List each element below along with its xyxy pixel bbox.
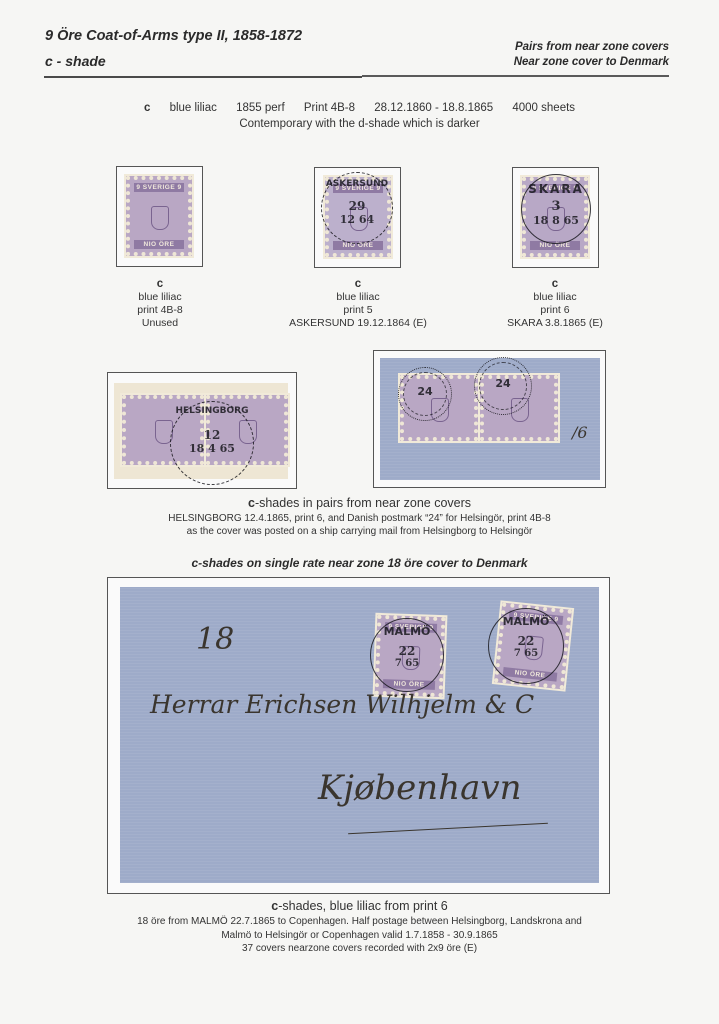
postmark-day: 22: [489, 634, 563, 648]
caption-single-2: c blue liliac print 5 ASKERSUND 19.12.18…: [282, 278, 434, 330]
caption-single-1: c blue liliac print 4B-8 Unused: [100, 278, 220, 330]
postmark-malmo-left: MALMÖ 22 7 65: [370, 618, 444, 692]
postmark-date: 18 8 65: [522, 214, 590, 227]
header-rule-right: [362, 75, 669, 77]
cover-caption: c-shades, blue liliac from print 6 18 ör…: [0, 898, 719, 956]
caption-color: blue liliac: [480, 291, 630, 304]
section-label-cover: Near zone cover to Denmark: [514, 55, 669, 70]
spec-shade: c: [144, 102, 150, 114]
spec-sheets: 4000 sheets: [512, 102, 575, 114]
stamp-top-label: 9 SVERIGE 9: [134, 183, 184, 192]
caption-single-3: c blue liliac print 6 SKARA 3.8.1865 (E): [480, 278, 630, 330]
postmark-date: 18 4 65: [171, 442, 253, 455]
caption-print: print 4B-8: [100, 304, 220, 317]
address-line-2: Kjøbenhavn: [318, 768, 521, 808]
numeral-postmark-right: 24: [474, 357, 532, 415]
caption-print: print 5: [282, 304, 434, 317]
pairs-caption-title: -shades in pairs from near zone covers: [255, 496, 471, 510]
cover-caption-line-1: 18 öre from MALMÖ 22.7.1865 to Copenhage…: [0, 915, 719, 929]
postmark-helsingborg: HELSINGBORG 12 18 4 65: [170, 401, 254, 485]
spec-perf: 1855 perf: [236, 102, 285, 114]
header-rule-left: [44, 76, 362, 78]
coat-of-arms-icon: [151, 206, 169, 230]
postmark-town: ASKERSUND: [322, 179, 392, 189]
numeral-postmark-left: 24: [398, 367, 452, 421]
postmark-day: 22: [371, 644, 443, 658]
postmark-date: 12 64: [322, 213, 392, 226]
page-header-left: 9 Öre Coat-of-Arms type II, 1858-1872 c …: [45, 28, 302, 69]
stamp-frame-askersund[interactable]: 9 SVERIGE 9 NIO ÖRE ASKERSUND 29 12 64: [314, 167, 401, 268]
manuscript-marking: /6: [572, 423, 588, 442]
page-subtitle: c - shade: [45, 53, 302, 69]
postmark-town: MALMÖ: [489, 615, 563, 628]
pairs-caption-shade: c: [248, 496, 255, 510]
caption-note: Unused: [100, 317, 220, 330]
pairs-caption: c-shades in pairs from near zone covers …: [0, 495, 719, 538]
cover-heading: c-shades on single rate near zone 18 öre…: [0, 556, 719, 570]
spec-note: Contemporary with the d-shade which is d…: [0, 116, 719, 132]
pairs-caption-line-2: as the cover was posted on a ship carryi…: [0, 525, 719, 538]
postmark-day: 12: [171, 428, 253, 442]
address-line-1: Herrar Erichsen Wilhjelm & C: [150, 690, 534, 719]
cover-caption-line-3: 37 covers nearzone covers recorded with …: [0, 942, 719, 956]
page-title: 9 Öre Coat-of-Arms type II, 1858-1872: [45, 28, 302, 44]
caption-shade: c: [282, 278, 434, 291]
caption-note: SKARA 3.8.1865 (E): [480, 317, 630, 330]
cover-caption-title: -shades, blue liliac from print 6: [278, 899, 448, 913]
caption-print: print 6: [480, 304, 630, 317]
postmark-town: HELSINGBORG: [171, 406, 253, 416]
caption-shade: c: [480, 278, 630, 291]
shade-specification: c blue liliac 1855 perf Print 4B-8 28.12…: [0, 100, 719, 132]
spec-print: Print 4B-8: [304, 102, 355, 114]
spec-color: blue liliac: [170, 102, 217, 114]
caption-shade: c: [100, 278, 220, 291]
stamp-unused: 9 SVERIGE 9 NIO ÖRE: [126, 176, 192, 256]
stamp-bottom-label: NIO ÖRE: [134, 240, 184, 249]
postmark-skara: SKARA 3 18 8 65: [521, 174, 591, 244]
cover-caption-line-2: Malmö to Helsingör or Copenhagen valid 1…: [0, 929, 719, 943]
spec-period: 28.12.1860 - 18.8.1865: [374, 102, 493, 114]
stamp-frame-skara[interactable]: 9 SVERIGE 9 NIO ÖRE SKARA 3 18 8 65: [512, 167, 599, 268]
rate-marking: 18: [196, 622, 234, 657]
page-header-right: Pairs from near zone covers Near zone co…: [514, 40, 669, 70]
postmark-day: 3: [522, 199, 590, 214]
caption-note: ASKERSUND 19.12.1864 (E): [282, 317, 434, 330]
postmark-town: SKARA: [522, 182, 590, 196]
section-label-pairs: Pairs from near zone covers: [514, 40, 669, 55]
postmark-date: 7 65: [371, 658, 443, 669]
caption-color: blue liliac: [282, 291, 434, 304]
postmark-askersund: ASKERSUND 29 12 64: [321, 172, 393, 244]
postmark-town: MALMÖ: [371, 625, 443, 638]
postmark-date: 7 65: [489, 648, 563, 659]
stamp-frame-unused[interactable]: 9 SVERIGE 9 NIO ÖRE: [116, 166, 203, 267]
pair-frame-helsingborg[interactable]: HELSINGBORG 12 18 4 65: [107, 372, 297, 489]
cover-frame[interactable]: 18 9 SVERIGE 9 NIO ÖRE MALMÖ 22 7 65 9 S…: [107, 577, 610, 894]
pair-frame-danish-24[interactable]: 24 24 /6: [373, 350, 606, 488]
postmark-day: 29: [322, 199, 392, 213]
postmark-malmo-right: MALMÖ 22 7 65: [488, 608, 564, 684]
caption-color: blue liliac: [100, 291, 220, 304]
pairs-caption-line-1: HELSINGBORG 12.4.1865, print 6, and Dani…: [0, 512, 719, 525]
